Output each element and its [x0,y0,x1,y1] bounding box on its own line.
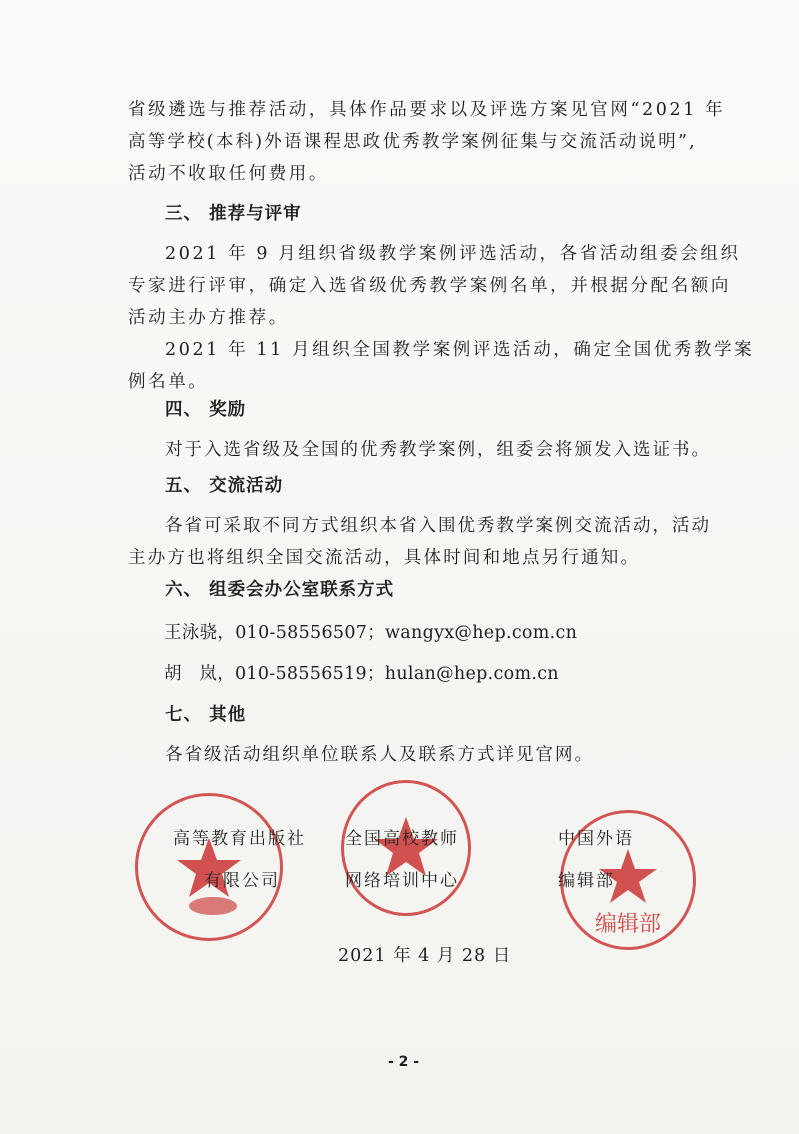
section-heading-5: 五、 交流活动 [165,472,283,497]
section-heading-6: 六、 组委会办公室联系方式 [165,576,394,601]
paragraph-line: 例名单。 [128,368,208,393]
section-heading-7: 七、 其他 [165,701,246,726]
paragraph-line: 活动主办方推荐。 [128,304,289,329]
document-date: 2021 年 4 月 28 日 [338,942,511,967]
document-page: 省级遴选与推荐活动，具体作品要求以及评选方案见官网“2021 年 高等学校(本科… [0,0,799,1134]
signature-org-2-line2: 网络培训中心 [345,866,459,891]
paragraph-line: 2021 年 11 月组织全国教学案例评选活动，确定全国优秀教学案 [165,336,754,361]
paragraph-line: 各省级活动组织单位联系人及联系方式详见官网。 [165,741,594,766]
section-heading-3: 三、 推荐与评审 [165,200,302,225]
signature-org-1-line2: 有限公司 [204,866,280,891]
signature-org-1-line1: 高等教育出版社 [173,824,306,849]
contact-line-wang: 王泳骁，010-58556507；wangyx@hep.com.cn [164,619,577,644]
signature-org-3-line1: 中国外语 [558,824,634,849]
paragraph-line: 主办方也将组织全国交流活动，具体时间和地点另行通知。 [128,544,640,569]
paragraph-line: 各省可采取不同方式组织本省入围优秀教学案例交流活动，活动 [165,512,711,537]
intro-line-2: 高等学校(本科)外语课程思政优秀教学案例征集与交流活动说明”, [128,128,697,153]
paragraph-line: 对于入选省级及全国的优秀教学案例，组委会将颁发入选证书。 [165,436,711,461]
paragraph-line: 2021 年 9 月组织省级教学案例评选活动，各省活动组委会组织 [165,240,741,265]
svg-text:编辑部: 编辑部 [595,912,661,937]
signature-org-2-line1: 全国高校教师 [345,824,459,849]
contact-line-hu: 胡 岚，010-58556519；hulan@hep.com.cn [164,660,559,685]
intro-line-3: 活动不收取任何费用。 [128,160,329,185]
paragraph-line: 专家进行评审，确定入选省级优秀教学案例名单，并根据分配名额向 [128,272,731,297]
intro-line-1: 省级遴选与推荐活动，具体作品要求以及评选方案见官网“2021 年 [128,96,725,121]
signature-org-3-line2: 编辑部 [558,866,615,891]
section-heading-4: 四、 奖励 [165,396,246,421]
page-number: - 2 - [388,1054,419,1070]
